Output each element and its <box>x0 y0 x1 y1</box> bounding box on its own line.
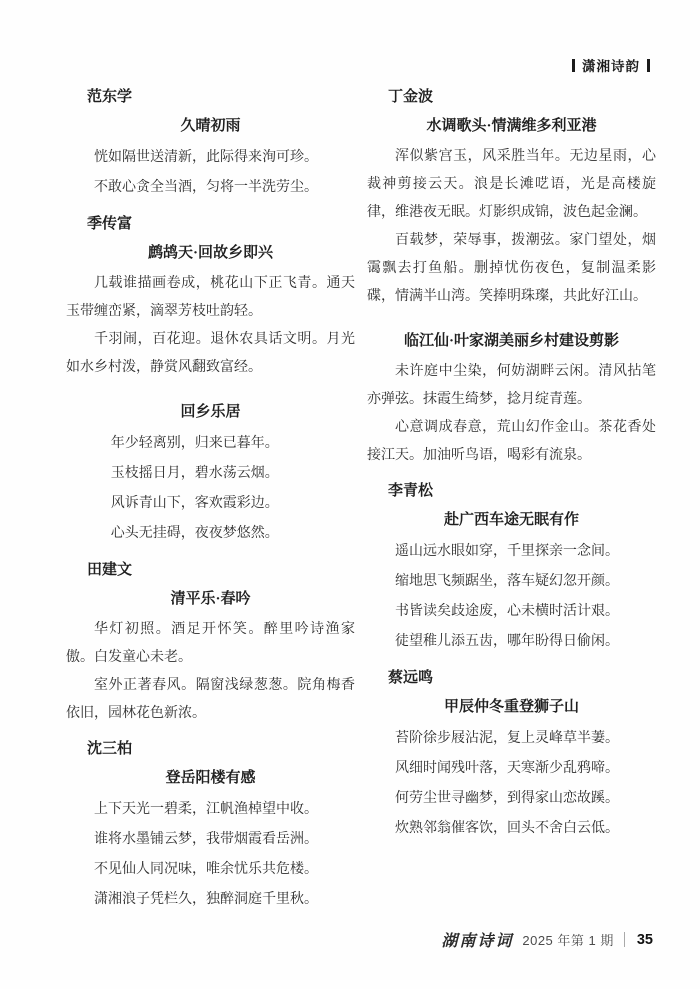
author-name: 季传富 <box>66 215 355 233</box>
poem: 赴广西车途无眠有作 遥山远水眼如穿，千里探亲一念间。 缩地思飞频踞坐，落车疑幻忽… <box>367 511 656 657</box>
poem: 水调歌头·情满维多利亚港 浑似紫宫玉，风采胜当年。无边星雨，心裁神剪接云天。浪是… <box>367 117 656 311</box>
poem-line: 遥山远水眼如穿，千里探亲一念间。 <box>367 537 656 567</box>
journal-name: 湖南诗词 <box>441 928 513 951</box>
poem-line: 风诉青山下，客欢霞彩边。 <box>66 489 355 519</box>
poem-stanza: 千羽闹，百花迎。退休农具话文明。月光如水乡村泼，静赏风翻致富经。 <box>66 326 355 382</box>
author-section: 李青松 赴广西车途无眠有作 遥山远水眼如穿，千里探亲一念间。 缩地思飞频踞坐，落… <box>367 482 656 657</box>
poem-line: 潇湘浪子凭栏久，独醉洞庭千里秋。 <box>66 885 355 915</box>
poem: 登岳阳楼有感 上下天光一碧柔，江帆渔棹望中收。 谁将水墨铺云梦，我带烟霞看岳洲。… <box>66 769 355 915</box>
content-area: 范东学 久晴初雨 恍如隔世送清新，此际得来洵可珍。 不敢心贪全当酒，匀将一半洗劳… <box>66 88 656 915</box>
poem: 回乡乐居 年少轻离别，归来已暮年。 玉枝摇日月，碧水荡云烟。 风诉青山下，客欢霞… <box>66 403 355 549</box>
author-name: 沈三柏 <box>66 740 355 758</box>
author-section: 田建文 清平乐·春吟 华灯初照。酒足开怀笑。醉里吟诗渔家傲。白发童心未老。 室外… <box>66 561 355 728</box>
poem-stanza: 未许庭中尘染，何妨湖畔云闲。清风拈笔亦弹弦。抹霞生绮梦，捻月绽青莲。 <box>367 358 656 414</box>
author-name: 丁金波 <box>367 88 656 106</box>
poem-line: 苔阶徐步屐沾泥，复上灵峰草半萋。 <box>367 724 656 754</box>
poem: 久晴初雨 恍如隔世送清新，此际得来洵可珍。 不敢心贪全当酒，匀将一半洗劳尘。 <box>66 117 355 203</box>
header-bar-left-icon <box>572 59 575 72</box>
poem-line: 何劳尘世寻幽梦，到得家山恋故蹊。 <box>367 784 656 814</box>
author-section: 范东学 久晴初雨 恍如隔世送清新，此际得来洵可珍。 不敢心贪全当酒，匀将一半洗劳… <box>66 88 355 203</box>
author-name: 蔡远鸣 <box>367 669 656 687</box>
poem-line: 谁将水墨铺云梦，我带烟霞看岳洲。 <box>66 825 355 855</box>
author-section: 沈三柏 登岳阳楼有感 上下天光一碧柔，江帆渔棹望中收。 谁将水墨铺云梦，我带烟霞… <box>66 740 355 915</box>
poem-line: 不见仙人同况味，唯余忧乐共危楼。 <box>66 855 355 885</box>
author-name: 范东学 <box>66 88 355 106</box>
poem-line: 心头无挂碍，夜夜梦悠然。 <box>66 519 355 549</box>
poem-title: 临江仙·叶家湖美丽乡村建设剪影 <box>367 332 656 351</box>
header-bar-right-icon <box>647 59 650 72</box>
poem: 鹧鸪天·回故乡即兴 几载谁描画卷成，桃花山下正飞青。通天玉带缠峦紧，滴翠芳枝吐韵… <box>66 244 355 382</box>
issue-label: 2025 年第 1 期 <box>522 930 614 949</box>
page-footer: 湖南诗词 2025 年第 1 期 35 <box>441 928 653 951</box>
page-header: 潇湘诗韵 <box>572 55 650 75</box>
poem-line: 上下天光一碧柔，江帆渔棹望中收。 <box>66 795 355 825</box>
poem: 临江仙·叶家湖美丽乡村建设剪影 未许庭中尘染，何妨湖畔云闲。清风拈笔亦弹弦。抹霞… <box>367 332 656 470</box>
poem-stanza: 室外正著春风。隔窗浅绿葱葱。院角梅香依旧，园林花色新浓。 <box>66 672 355 728</box>
author-section: 蔡远鸣 甲辰仲冬重登狮子山 苔阶徐步屐沾泥，复上灵峰草半萋。 风细时闻残叶落，天… <box>367 669 656 844</box>
poem: 清平乐·春吟 华灯初照。酒足开怀笑。醉里吟诗渔家傲。白发童心未老。 室外正著春风… <box>66 590 355 728</box>
poem-title: 甲辰仲冬重登狮子山 <box>367 698 656 717</box>
poem-title: 久晴初雨 <box>66 117 355 136</box>
poem-line: 风细时闻残叶落，天寒渐少乱鸦啼。 <box>367 754 656 784</box>
poem-stanza: 百载梦，荣辱事，拨潮弦。家门望处，烟霭飘去打鱼船。删掉忧伤夜色，复制温柔影碟，情… <box>367 227 656 311</box>
column-rubric-title: 潇湘诗韵 <box>582 55 640 75</box>
poem-line: 炊熟邻翁催客饮，回头不舍白云低。 <box>367 814 656 844</box>
poem-stanza: 浑似紫宫玉，风采胜当年。无边星雨，心裁神剪接云天。浪是长滩呓语，光是高楼旋律，维… <box>367 143 656 227</box>
poem-line: 年少轻离别，归来已暮年。 <box>66 429 355 459</box>
poem-title: 登岳阳楼有感 <box>66 769 355 788</box>
poem-line: 玉枝摇日月，碧水荡云烟。 <box>66 459 355 489</box>
author-name: 李青松 <box>367 482 656 500</box>
poem-line: 缩地思飞频踞坐，落车疑幻忽开颜。 <box>367 567 656 597</box>
author-section: 季传富 鹧鸪天·回故乡即兴 几载谁描画卷成，桃花山下正飞青。通天玉带缠峦紧，滴翠… <box>66 215 355 549</box>
footer-divider <box>624 932 625 947</box>
page-number: 35 <box>637 932 653 948</box>
poem-title: 清平乐·春吟 <box>66 590 355 609</box>
poem-title: 鹧鸪天·回故乡即兴 <box>66 244 355 263</box>
magazine-page: 潇湘诗韵 范东学 久晴初雨 恍如隔世送清新，此际得来洵可珍。 不敢心贪全当酒，匀… <box>0 0 700 989</box>
author-name: 田建文 <box>66 561 355 579</box>
right-column: 丁金波 水调歌头·情满维多利亚港 浑似紫宫玉，风采胜当年。无边星雨，心裁神剪接云… <box>367 88 656 844</box>
left-column: 范东学 久晴初雨 恍如隔世送清新，此际得来洵可珍。 不敢心贪全当酒，匀将一半洗劳… <box>66 88 355 915</box>
poem-title: 赴广西车途无眠有作 <box>367 511 656 530</box>
poem-line: 书皆读矣歧途废，心未横时活计艰。 <box>367 597 656 627</box>
poem-title: 回乡乐居 <box>66 403 355 422</box>
poem: 甲辰仲冬重登狮子山 苔阶徐步屐沾泥，复上灵峰草半萋。 风细时闻残叶落，天寒渐少乱… <box>367 698 656 844</box>
poem-title: 水调歌头·情满维多利亚港 <box>367 117 656 136</box>
poem-line: 不敢心贪全当酒，匀将一半洗劳尘。 <box>66 173 355 203</box>
poem-line: 徒望稚儿添五齿，哪年盼得日偷闲。 <box>367 627 656 657</box>
author-section: 丁金波 水调歌头·情满维多利亚港 浑似紫宫玉，风采胜当年。无边星雨，心裁神剪接云… <box>367 88 656 470</box>
poem-stanza: 几载谁描画卷成，桃花山下正飞青。通天玉带缠峦紧，滴翠芳枝吐韵轻。 <box>66 270 355 326</box>
poem-line: 恍如隔世送清新，此际得来洵可珍。 <box>66 143 355 173</box>
poem-stanza: 心意调成春意，荒山幻作金山。茶花香处接江天。加油听鸟语，喝彩有流泉。 <box>367 414 656 470</box>
poem-stanza: 华灯初照。酒足开怀笑。醉里吟诗渔家傲。白发童心未老。 <box>66 616 355 672</box>
